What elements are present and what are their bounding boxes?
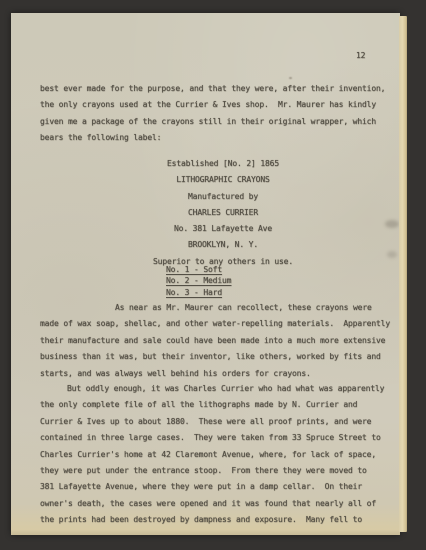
text-line: best ever made for the purpose, and that… [40, 81, 396, 97]
text-line: BROOKLYN, N. Y. [58, 237, 388, 253]
paper-speck [289, 77, 292, 79]
text-line: Currier & Ives up to about 1880. These w… [40, 414, 396, 430]
text-line: the only crayons used at the Currier & I… [40, 97, 396, 113]
text-line: bears the following label: [40, 130, 396, 146]
crayon-grades-list: No. 1 - SoftNo. 2 - MediumNo. 3 - Hard [166, 264, 231, 298]
text-line: No. 381 Lafayette Ave [58, 221, 388, 237]
text-line: the prints had been destroyed by dampnes… [40, 512, 396, 528]
page-stack-edge [399, 16, 407, 532]
paragraph-proof-prints: But oddly enough, it was Charles Currier… [40, 381, 396, 529]
paper-smudge [387, 251, 397, 258]
text-line: Manufactured by [58, 189, 388, 205]
text-line: made of wax soap, shellac, and other wat… [40, 316, 396, 332]
text-line: starts, and was always well behind his o… [40, 366, 396, 382]
text-line: the only complete file of all the lithog… [40, 397, 396, 413]
text-line: No. 2 - Medium [166, 275, 231, 286]
text-line: But oddly enough, it was Charles Currier… [40, 381, 396, 397]
text-line: they were put under the entrance stoop. … [40, 463, 396, 479]
text-line: No. 3 - Hard [166, 287, 231, 298]
text-line: LITHOGRAPHIC CRAYONS [58, 172, 388, 188]
crayon-label-block: Established [No. 2] 1865LITHOGRAPHIC CRA… [58, 156, 388, 270]
paragraph-intro: best ever made for the purpose, and that… [40, 81, 396, 147]
paper-smudge [385, 220, 399, 228]
text-line: CHARLES CURRIER [58, 205, 388, 221]
document-page: 12 best ever made for the purpose, and t… [11, 13, 400, 535]
text-line: business than it was, but their inventor… [40, 349, 396, 365]
text-line: Charles Currier's home at 42 Claremont A… [40, 447, 396, 463]
text-line: owner's death, the cases were opened and… [40, 496, 396, 512]
paper-smudge [44, 403, 51, 407]
text-line: No. 1 - Soft [166, 264, 231, 275]
scan-background: 12 best ever made for the purpose, and t… [0, 0, 426, 550]
text-line: their manufacture and sale could have be… [40, 333, 396, 349]
paragraph-recollect: As near as Mr. Maurer can recollect, the… [40, 300, 396, 382]
text-line: As near as Mr. Maurer can recollect, the… [40, 300, 396, 316]
text-line: 381 Lafayette Avenue, where they were pu… [40, 479, 396, 495]
text-line: contained in three large cases. They wer… [40, 430, 396, 446]
text-line: given me a package of the crayons still … [40, 114, 396, 130]
page-number: 12 [356, 51, 365, 60]
text-line: Established [No. 2] 1865 [58, 156, 388, 172]
